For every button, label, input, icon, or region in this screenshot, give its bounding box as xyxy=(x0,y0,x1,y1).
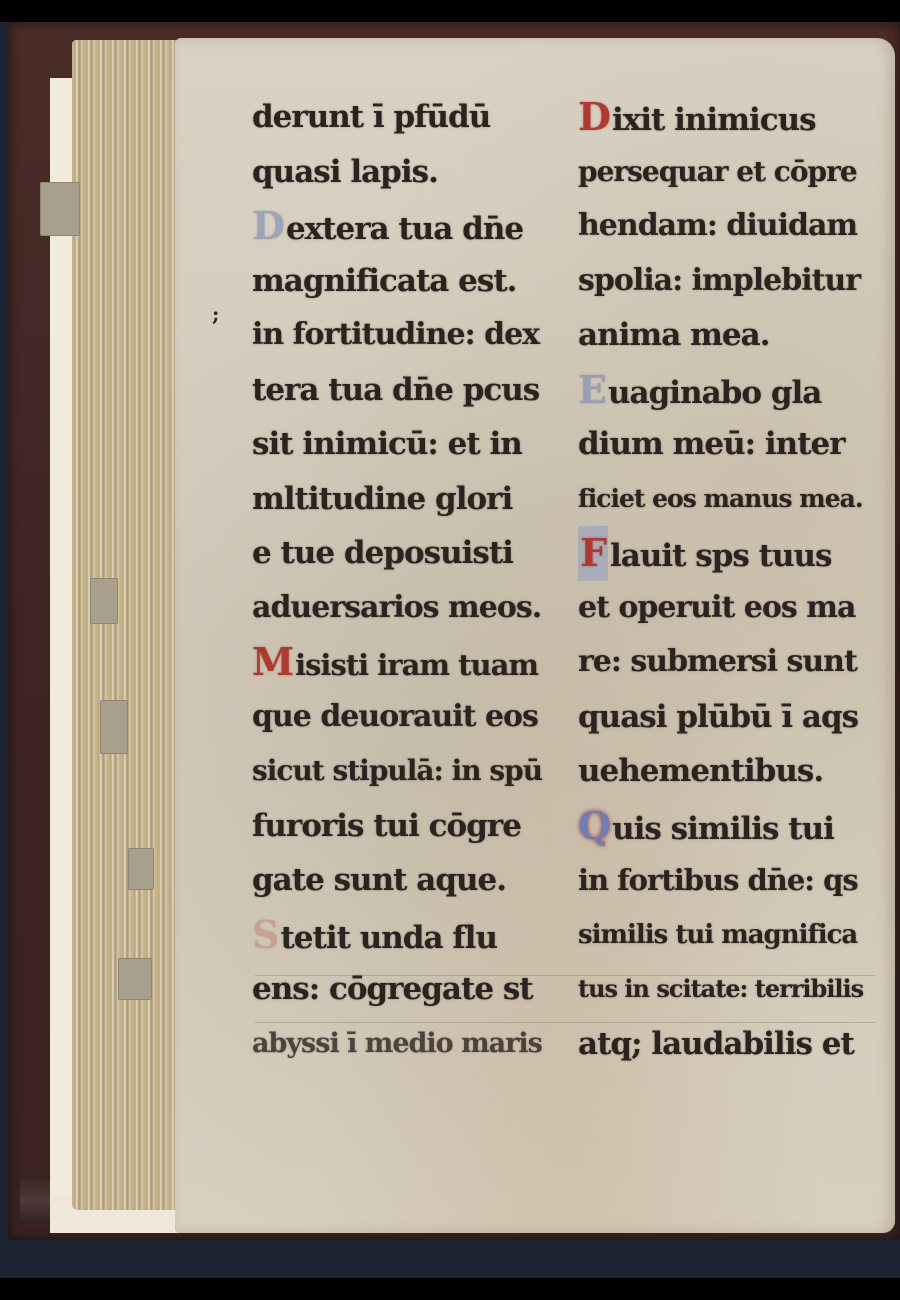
guard-tab xyxy=(118,958,152,1000)
manuscript-line: atq; laudabilis et xyxy=(578,1017,863,1072)
manuscript-line: re: submersi sunt xyxy=(578,635,863,690)
decorated-initial: M xyxy=(252,635,293,690)
manuscript-line: dium meū: inter xyxy=(578,417,863,472)
decorated-initial: F xyxy=(578,526,608,581)
manuscript-line: persequar et cōpre xyxy=(578,145,863,200)
manuscript-line: sicut stipulā: in spū xyxy=(252,744,542,799)
decorated-initial: E xyxy=(578,363,606,418)
decorated-initial: D xyxy=(578,90,610,145)
margin-mark: ; xyxy=(212,302,219,326)
manuscript-line: e tue deposuisti xyxy=(252,526,542,581)
guard-tab xyxy=(128,848,154,890)
manuscript-line: derunt ī pfūdū xyxy=(252,90,542,145)
manuscript-line: Stetit unda flu xyxy=(252,908,542,963)
manuscript-line: quasi lapis. xyxy=(252,145,542,200)
text-column-left: derunt ī pfūdū quasi lapis. Dextera tua … xyxy=(252,90,542,1071)
decorated-initial: D xyxy=(252,199,284,254)
manuscript-line: que deuorauit eos xyxy=(252,690,542,745)
guard-tab xyxy=(90,578,118,624)
guard-tab xyxy=(40,182,80,236)
manuscript-line: similis tui magnifica xyxy=(578,908,863,963)
manuscript-line: Quis similis tui xyxy=(578,799,863,854)
manuscript-line: Dixit inimicus xyxy=(578,90,863,145)
manuscript-line: sit inimicū: et in xyxy=(252,417,542,472)
manuscript-line: Flauit sps tuus xyxy=(578,526,863,581)
manuscript-line: tera tua dn̄e pcus xyxy=(252,363,542,418)
decorated-initial: Q xyxy=(578,799,610,854)
manuscript-line: in fortitudine: dex xyxy=(252,308,542,363)
manuscript-line: hendam: diuidam xyxy=(578,199,863,254)
manuscript-line: Misisti iram tuam xyxy=(252,635,542,690)
stacked-leaf-edges xyxy=(72,40,187,1210)
manuscript-line: spolia: implebitur xyxy=(578,254,863,309)
manuscript-line: et operuit eos ma xyxy=(578,581,863,636)
guard-tab xyxy=(100,700,128,754)
manuscript-line: aduersarios meos. xyxy=(252,581,542,636)
manuscript-line: anima mea. xyxy=(578,308,863,363)
decorated-initial: S xyxy=(252,908,278,963)
manuscript-line: abyssi ī medio maris xyxy=(252,1017,542,1072)
manuscript-line: Euaginabo gla xyxy=(578,363,863,418)
manuscript-line: mltitudine glori xyxy=(252,472,542,527)
manuscript-line: in fortibus dn̄e: qs xyxy=(578,853,863,908)
manuscript-line: magnificata est. xyxy=(252,254,542,309)
manuscript-line: gate sunt aque. xyxy=(252,853,542,908)
manuscript-line: ens: cōgregate st xyxy=(252,962,542,1017)
manuscript-line: tus in scitate: terribilis xyxy=(578,962,863,1017)
manuscript-line: uehementibus. xyxy=(578,744,863,799)
manuscript-line: ficiet eos manus mea. xyxy=(578,472,863,527)
manuscript-line: quasi plūbū ī aqs xyxy=(578,690,863,745)
text-column-right: Dixit inimicus persequar et cōpre hendam… xyxy=(578,90,863,1071)
manuscript-line: furoris tui cōgre xyxy=(252,799,542,854)
manuscript-line: Dextera tua dn̄e xyxy=(252,199,542,254)
